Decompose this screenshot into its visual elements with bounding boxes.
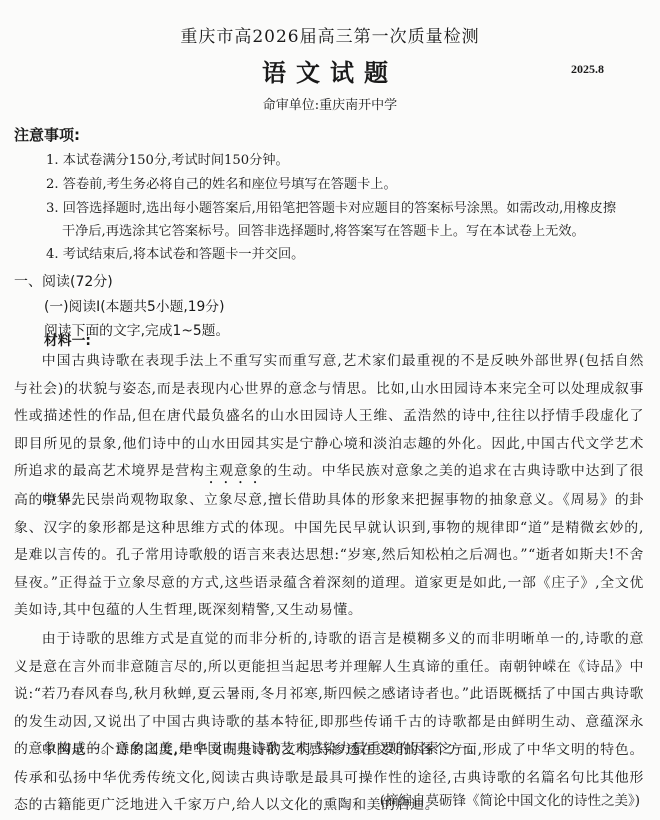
authoring-unit: 命审单位:重庆南开中学 — [0, 94, 660, 113]
emphasized-term: 主观意象 — [205, 463, 264, 479]
notice-item-3: 3. 回答选择题时,选出每小题答案后,用铅笔把答题卡对应题目的答案标号涂黑。如需… — [46, 197, 616, 216]
passage-source: (摘编自莫砺锋《简论中国文化的诗性之美》) — [380, 789, 640, 809]
section-heading: 一、阅读(72分) — [14, 271, 113, 291]
notices-heading: 注意事项: — [14, 124, 80, 145]
section-subheading: (一)阅读Ⅰ(本题共5小题,19分) — [44, 295, 225, 315]
passage-paragraph-2: 中华先民崇尚观物取象、立象尽意,擅长借助具体的形象来把握事物的抽象意义。《周易》… — [14, 487, 644, 625]
notice-item-3-cont: 干净后,再选涂其它答案标号。回答非选择题时,将答案写在答题卡上。写在本试卷上无效… — [62, 220, 585, 239]
exam-date: 2025.8 — [571, 62, 604, 77]
material-label: 材料一: — [44, 329, 91, 349]
notice-item-1: 1. 本试卷满分150分,考试时间150分钟。 — [46, 149, 289, 168]
passage-text: 中国古典诗歌在表现手法上不重写实而重写意,艺术家们最重视的不是反映外部世界(包括… — [14, 353, 644, 479]
subject-title: 语文试题 — [0, 53, 660, 88]
notice-item-2: 2. 答卷前,考生务必将自己的姓名和座位号填写在答题卡上。 — [46, 173, 397, 192]
exam-title: 重庆市高2026届高三第一次质量检测 — [0, 22, 660, 47]
notice-item-4: 4. 考试结束后,将本试卷和答题卡一并交回。 — [46, 243, 304, 262]
